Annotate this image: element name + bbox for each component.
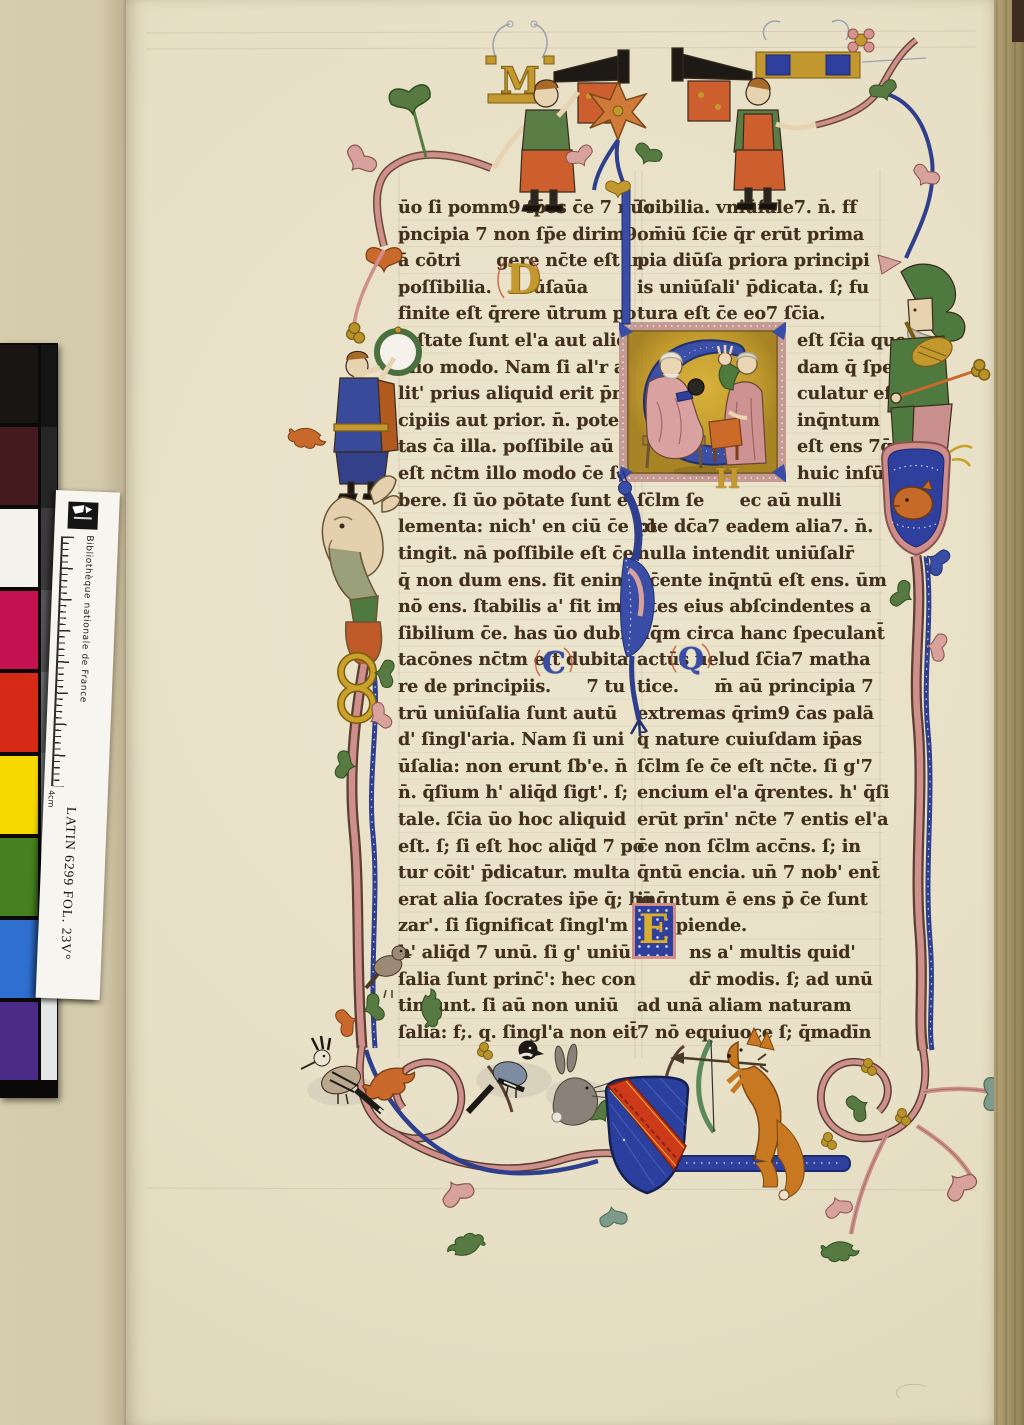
initial-e-illuminated: E xyxy=(632,903,676,959)
left-border-bar xyxy=(334,656,413,1048)
rosette-flower xyxy=(848,29,874,52)
initial-q-blue: Q xyxy=(678,642,704,677)
grotesque-head xyxy=(322,476,400,666)
color-patch-violet xyxy=(0,1002,38,1080)
initial-h-gold: H xyxy=(715,464,741,495)
bend-shield-icon xyxy=(606,1077,688,1193)
color-patch-green xyxy=(0,838,38,916)
banner xyxy=(688,81,730,121)
pen-flourishes xyxy=(498,260,710,676)
ruler-icon xyxy=(51,536,76,786)
shelfmark: LATIN 6299 FOL. 23V° xyxy=(56,807,80,995)
crane-grotesque xyxy=(617,471,654,736)
color-patch-blue xyxy=(0,920,38,998)
color-patch-white xyxy=(0,509,38,587)
right-border-bar xyxy=(888,545,951,1050)
bnf-logo-icon xyxy=(67,502,98,530)
mirror-icon xyxy=(377,331,419,373)
fox-archer-icon xyxy=(670,1028,804,1200)
trumpet-icon xyxy=(554,55,624,82)
vielle-player xyxy=(888,264,990,468)
institution-name: Bibliothèque nationale de France xyxy=(73,535,94,803)
illumination-layer: M xyxy=(126,0,994,1425)
color-patch-yellow xyxy=(0,756,38,834)
initial-d-gold: D xyxy=(506,256,541,303)
bottom-border xyxy=(301,988,994,1266)
initial-c-blue: C xyxy=(542,646,566,681)
book-fore-edge xyxy=(994,0,1024,1425)
color-patch-maroon xyxy=(0,427,38,505)
color-patch-red xyxy=(0,673,38,751)
binding-shadow xyxy=(1012,0,1024,42)
gray-step xyxy=(41,998,57,1080)
color-patch-black xyxy=(0,345,38,423)
color-patches xyxy=(0,345,38,1080)
color-patch-magenta xyxy=(0,591,38,669)
boar-head-shield xyxy=(882,442,972,555)
manuscript-page: M xyxy=(126,0,994,1425)
photo-stage: M xyxy=(0,0,1024,1425)
trumpet-icon xyxy=(680,54,752,80)
gray-step xyxy=(41,345,57,427)
gray-step xyxy=(41,427,57,509)
mirror-holder-figure xyxy=(334,327,419,500)
penwork-panel xyxy=(756,20,926,78)
ruler-caption: 4cm xyxy=(46,790,56,808)
